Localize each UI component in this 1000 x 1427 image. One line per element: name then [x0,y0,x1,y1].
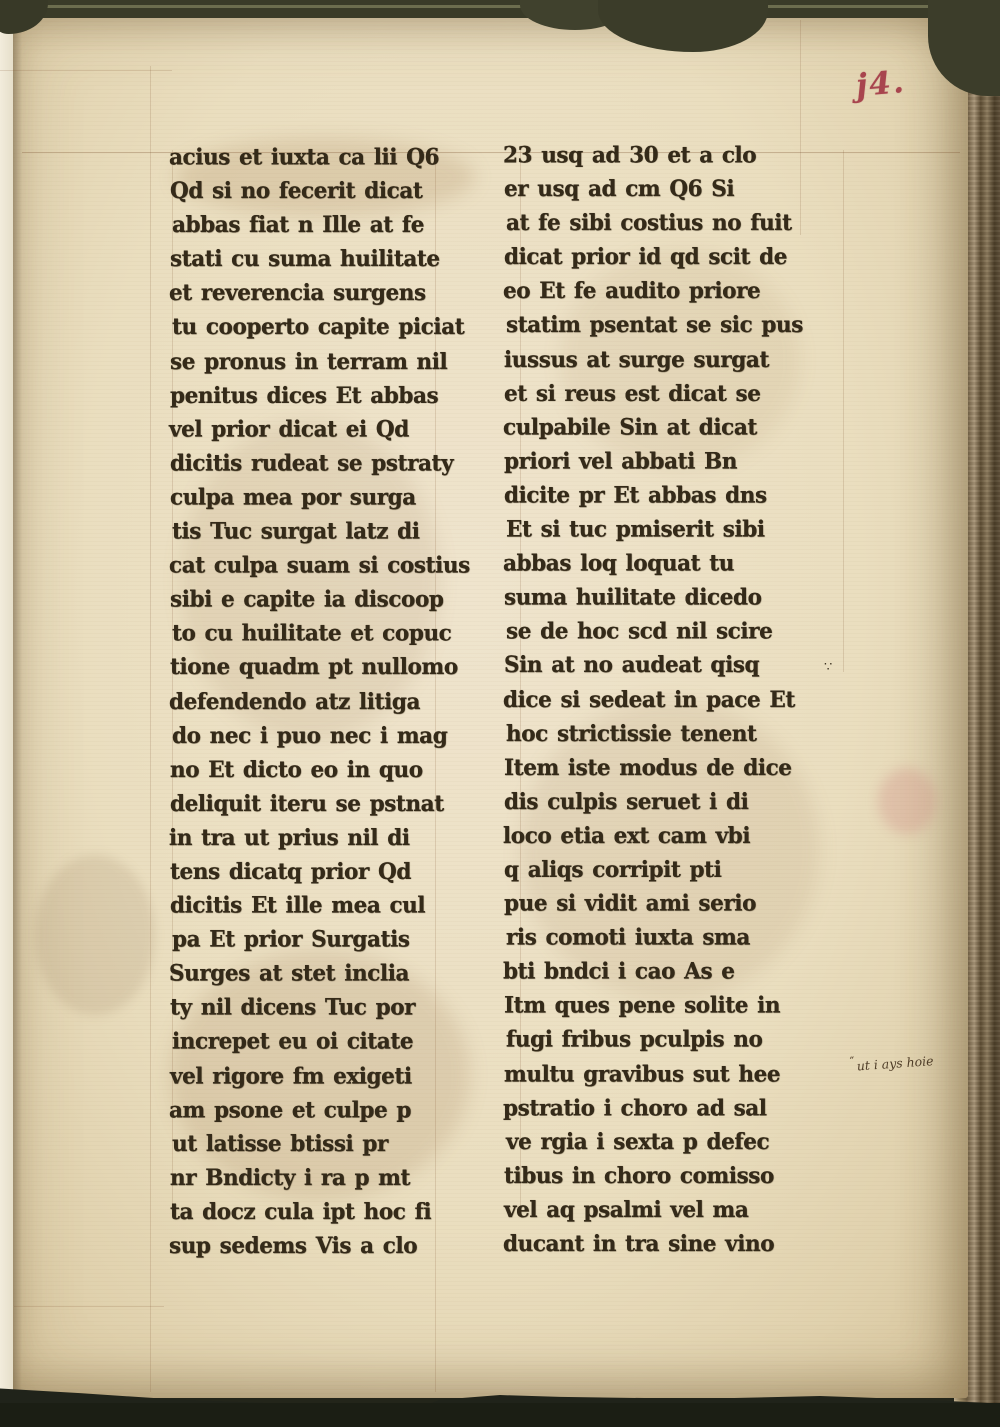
manuscript-line: no Et dicto eo in quo [170,753,470,787]
manuscript-line: ty nil dicens Tuc por [170,991,470,1025]
manuscript-line: bti bndci i cao As e [503,955,848,989]
manuscript-line: Et si tuc pmiserit sibi [506,513,851,547]
manuscript-line: pa Et prior Surgatis [172,923,472,957]
manuscript-line: nr Bndicty i ra p mt [170,1162,470,1196]
page-crease [13,6,22,1421]
manuscript-line: dicat prior id qd scit de [504,241,849,275]
manuscript-line: suma huilitate dicedo [504,581,849,615]
manuscript-line: dicitis Et ille mea cul [170,889,470,923]
manuscript-line: pue si vidit ami serio [504,887,849,921]
manuscript-line: et si reus est dicat se [504,377,849,411]
ruled-line-vertical-outer-margin [150,66,151,1392]
manuscript-line: multu gravibus sut hee [504,1058,849,1092]
manuscript-line: se pronus in terram nil [170,345,470,379]
triple-dot-mark: ∵ [824,660,832,675]
manuscript-line: increpet eu oi citate [172,1026,472,1060]
manuscript-line: ve rgia i sexta p defec [506,1126,851,1160]
text-column-right: 23 usq ad 30 et a cloer usq ad cm Q6 Sia… [504,139,849,1262]
manuscript-line: vel prior dicat ei Qd [169,413,469,447]
manuscript-line: priori vel abbati Bn [504,445,849,479]
underleaf-edge [0,6,13,1421]
manuscript-line: culpabile Sin at dicat [503,411,848,445]
manuscript-line: ris comoti iuxta sma [506,921,851,955]
manuscript-line: Surges at stet inclia [169,957,469,991]
manuscript-line: ut latisse btissi pr [172,1128,472,1162]
manuscript-line: do nec i puo nec i mag [172,719,472,753]
manuscript-line: 23 usq ad 30 et a clo [503,139,848,173]
manuscript-line: in tra ut prius nil di [169,821,469,855]
manuscript-line: dicitis rudeat se pstraty [170,447,470,481]
manuscript-line: Qd si no fecerit dicat [170,175,470,209]
manuscript-line: et reverencia surgens [169,277,469,311]
manuscript-line: Itm ques pene solite in [504,989,849,1023]
manuscript-line: Item iste modus de dice [504,751,849,785]
manuscript-line: Sin at no audeat qisq [504,649,849,683]
pink-stain [878,768,936,834]
manuscript-line: iussus at surge surgat [504,343,849,377]
book-top-edge-highlight [0,5,930,8]
ruled-line-horizontal-top-margin [0,70,172,71]
manuscript-line: statim psentat se sic pus [506,309,851,343]
manuscript-line: hoc strictissie tenent [506,717,851,751]
manuscript-line: er usq ad cm Q6 Si [504,173,849,207]
text-column-left: acius et iuxta ca lii Q6Qd si no fecerit… [170,141,470,1264]
book-top-edge [0,0,1000,18]
manuscript-line: at fe sibi costius no fuit [506,207,851,241]
manuscript-line: am psone et culpe p [169,1094,469,1128]
manuscript-line: tu cooperto capite piciat [172,311,472,345]
manuscript-line: vel rigore fm exigeti [170,1060,470,1094]
manuscript-line: tibus in choro comisso [504,1160,849,1194]
manuscript-line: dis culpis seruet i di [504,785,849,819]
show-through-ghost-text [35,855,155,1015]
manuscript-line: ducant in tra sine vino [503,1228,848,1262]
manuscript-line: fugi fribus pculpis no [506,1024,851,1058]
manuscript-line: pstratio i choro ad sal [503,1092,848,1126]
manuscript-line: tens dicatq prior Qd [170,855,470,889]
manuscript-line: se de hoc scd nil scire [506,615,851,649]
manuscript-line: q aliqs corripit pti [504,853,849,887]
manuscript-line: acius et iuxta ca lii Q6 [169,141,469,175]
folio-number: j4. [855,64,908,104]
manuscript-line: abbas loq loquat tu [503,547,848,581]
manuscript-line: abbas fiat n Ille at fe [172,209,472,243]
manuscript-line: vel aq psalmi vel ma [504,1194,849,1228]
ruled-line-horizontal-bottom-margin [14,1306,164,1307]
manuscript-line: penitus dices Et abbas [170,379,470,413]
marginal-tick-mark: ″ [849,1054,855,1069]
manuscript-line: tis Tuc surgat latz di [172,515,472,549]
manuscript-line: tione quadm pt nullomo [170,651,470,685]
manuscript-line: defendendo atz litiga [169,685,469,719]
manuscript-line: culpa mea por surga [170,481,470,515]
manuscript-line: deliquit iteru se pstnat [170,787,470,821]
manuscript-line: sibi e capite ia discoop [170,583,470,617]
manuscript-photo: acius et iuxta ca lii Q6Qd si no fecerit… [0,0,1000,1427]
manuscript-line: stati cu suma huilitate [170,243,470,277]
manuscript-line: loco etia ext cam vbi [503,819,848,853]
manuscript-line: ta docz cula ipt hoc fi [170,1196,470,1230]
manuscript-line: eo Et fe audito priore [503,275,848,309]
book-bottom-edge-fill [0,1403,1000,1427]
manuscript-line: dice si sedeat in pace Et [503,683,848,717]
manuscript-line: sup sedems Vis a clo [169,1230,469,1264]
manuscript-line: cat culpa suam si costius [169,549,469,583]
manuscript-line: to cu huilitate et copuc [172,617,472,651]
manuscript-line: dicite pr Et abbas dns [504,479,849,513]
